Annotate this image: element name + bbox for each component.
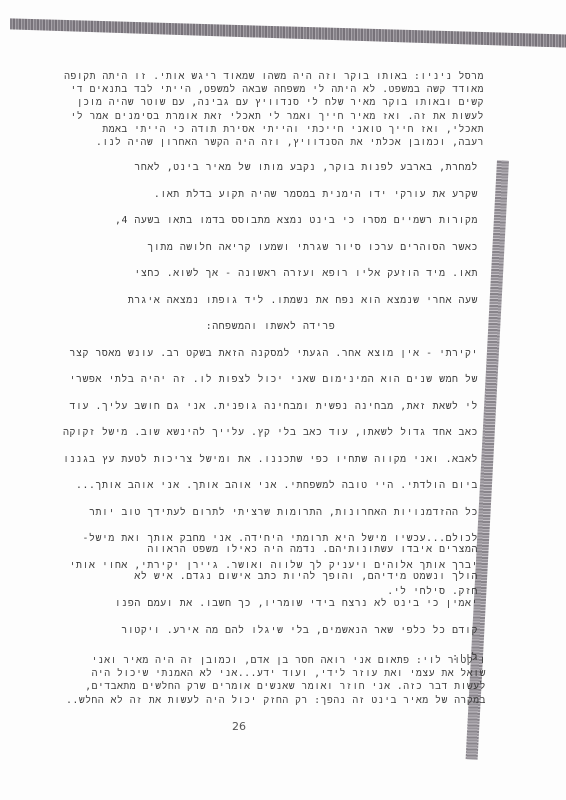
text-line: המצרים איבדו עשתונותיהם. נדמה היה כאילו … [115, 536, 478, 563]
text-line: כל ההזדמנויות האחרונות, התרומות שרציתי ל… [63, 500, 478, 527]
text-line: קודם כל כלפי שאר הנאשמים, בלי שיגלו להם … [115, 617, 478, 644]
text-line: כאשר הסוהרים ערכו סיור שגרתי ושמעו קריאה… [63, 235, 478, 262]
text-line: מאודד קשה במשפט. לא היתה לי משפחה שבאה ל… [64, 83, 484, 96]
text-line: לי לשאת זאת, מבחינה נפשית ומבחינה גופנית… [63, 394, 478, 421]
scanned-page: מרסל ניניו: באותו בוקר וזה היה משהו שמאו… [0, 0, 566, 800]
paragraph-testimony-levy: ויקטור לוי: פתאום אני רואה חסר בן אדם, ו… [66, 654, 486, 707]
scan-top-shadow [10, 14, 566, 48]
page-number: 26 [232, 720, 246, 733]
text-line: של חמש שנים הוא המינימום שאני יכול לצפות… [63, 367, 478, 394]
text-line: יקירתי - אין מוצא אחר. הגעתי למסקנה הזאת… [63, 341, 478, 368]
text-line: שואל את עצמי ואת עוזר לידי, ועוד ידע...א… [66, 667, 486, 680]
text-line: במקרה של מאיר בינט זה נהפך: רק החזק יכול… [66, 694, 486, 707]
text-line: קשים ובאותו בוקר מאיר שלח לי סנדוויץ עם … [64, 96, 484, 109]
text-line: תאו. מיד הוזעק אליו רופא ועזרה ראשונה - … [63, 261, 478, 288]
text-line: ביום הולדתי. היי טובה למשפחתי. אני אוהב … [63, 473, 478, 500]
text-line: שעה אחרי שנמצא הוא נפח את נשמתו. ליד גופ… [63, 288, 478, 315]
letter-heading: פרידה לאשתו והמשפחה: [63, 314, 478, 341]
text-line: למחרת, בארבע לפנות בוקר, נקבע מותו של מא… [63, 155, 478, 182]
paragraph-testimony-ninio: מרסל ניניו: באותו בוקר וזה היה משהו שמאו… [64, 70, 484, 149]
paragraph-egyptian-reaction: המצרים איבדו עשתונותיהם. נדמה היה כאילו … [115, 536, 478, 671]
text-line: מקורות רשמיים מסרו כי בינט נמצא מתבוסס ב… [63, 208, 478, 235]
text-line: הולך ונשמט מידיהם, והופך להיות כתב אישום… [115, 563, 478, 590]
text-line: ויקטור לוי: פתאום אני רואה חסר בן אדם, ו… [66, 654, 486, 667]
text-line: לעשות את זה. ואז מאיר חייך ואמר לי תאכלי… [64, 110, 484, 123]
text-line: מרסל ניניו: באותו בוקר וזה היה משהו שמאו… [64, 70, 484, 83]
text-line: תאכלי, ואז חייך טואני חייכתי והייתי אסיר… [64, 123, 484, 136]
text-line: יאמין כי בינט לא נרצח בידי שומריו, כך חש… [115, 590, 478, 617]
text-line: שקרע את עורקי ידו הימנית במסמר שהיה תקוע… [63, 182, 478, 209]
text-line: רעבה, וכמובן אכלתי את הסנדוויץ, וזה היה … [64, 136, 484, 149]
text-line: כאב אחד גדול לשאתו, עוד כאב בלי קץ. עליי… [63, 420, 478, 447]
text-line: לאבא. ואני מקווה שתחיו כפי שתכננו. את ומ… [63, 447, 478, 474]
text-line: לעשות דבר כזה. אני חוזר ואומר שאנשים אומ… [66, 680, 486, 693]
